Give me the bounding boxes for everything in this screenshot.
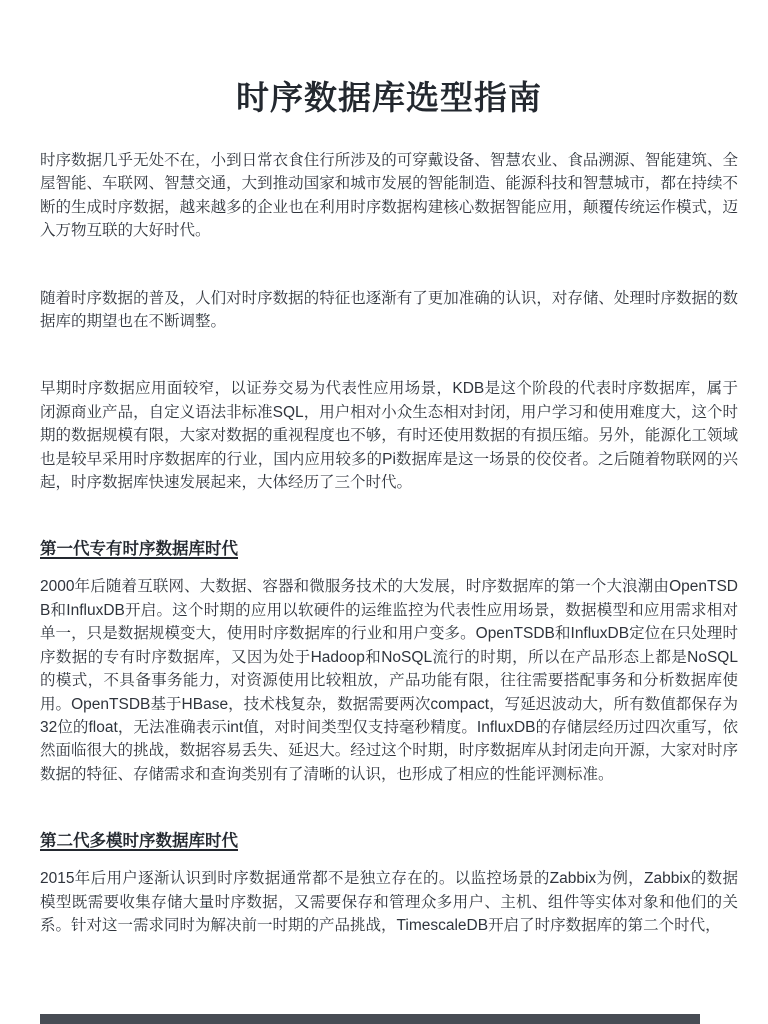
document-body: 时序数据几乎无处不在，小到日常衣食住行所涉及的可穿戴设备、智慧农业、食品溯源、智… — [40, 149, 738, 937]
clipped-next-line-fragment — [40, 1014, 700, 1024]
section-heading: 第二代多模时序数据库时代 — [40, 830, 738, 853]
body-paragraph: 早期时序数据应用面较窄，以证券交易为代表性应用场景，KDB是这个阶段的代表时序数… — [40, 377, 738, 494]
section-heading: 第一代专有时序数据库时代 — [40, 538, 738, 561]
document-content: 时序数据库选型指南 时序数据几乎无处不在，小到日常衣食住行所涉及的可穿戴设备、智… — [0, 0, 768, 937]
body-paragraph: 时序数据几乎无处不在，小到日常衣食住行所涉及的可穿戴设备、智慧农业、食品溯源、智… — [40, 149, 738, 243]
body-paragraph: 随着时序数据的普及，人们对时序数据的特征也逐渐有了更加准确的认识，对存储、处理时… — [40, 287, 738, 334]
document-page: 时序数据库选型指南 时序数据几乎无处不在，小到日常衣食住行所涉及的可穿戴设备、智… — [0, 0, 768, 1024]
body-paragraph: 2015年后用户逐渐认识到时序数据通常都不是独立存在的。以监控场景的Zabbix… — [40, 867, 738, 937]
body-paragraph: 2000年后随着互联网、大数据、容器和微服务技术的大发展，时序数据库的第一个大浪… — [40, 575, 738, 786]
page-title: 时序数据库选型指南 — [40, 76, 738, 120]
